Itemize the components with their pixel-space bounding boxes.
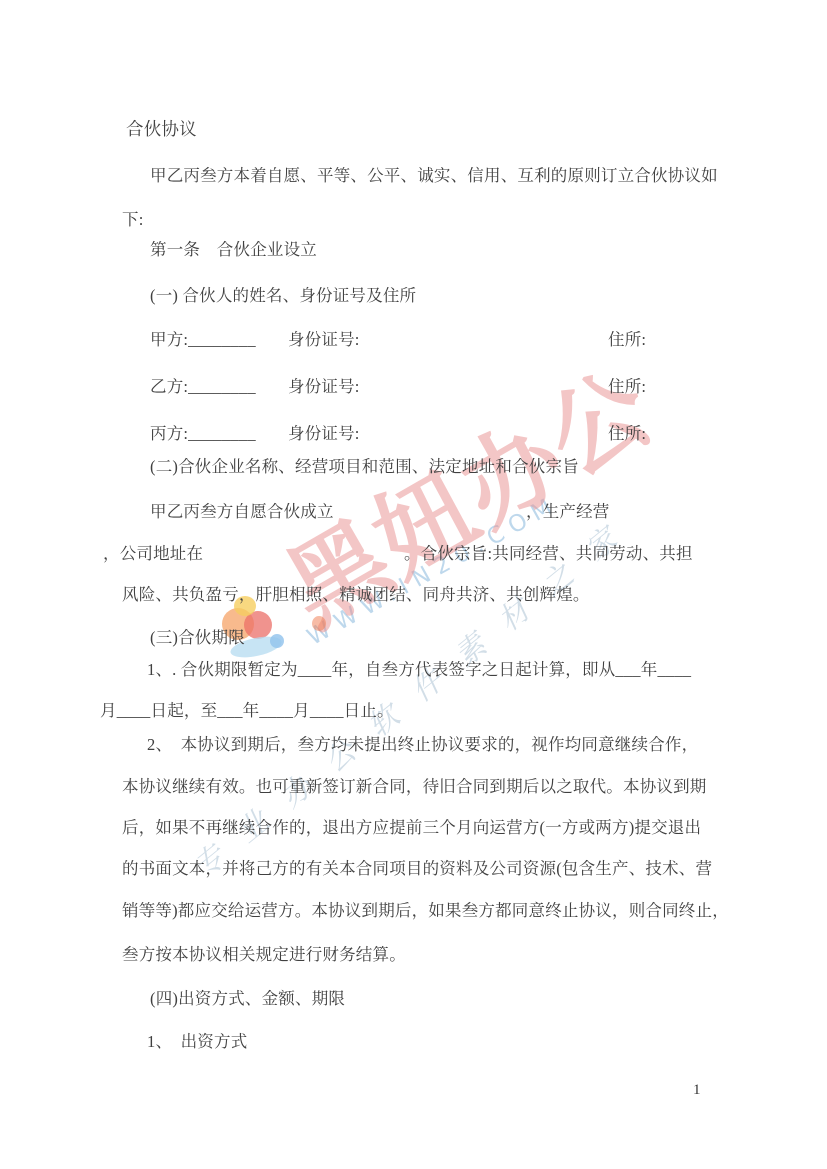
party-jia-name-blank: 甲方:________ (150, 329, 256, 351)
party-yi-address-label: 住所: (608, 376, 646, 398)
doc-line-term-2a: 2、 本协议到期后，叁方均未提出终止协议要求的，视作均同意继续合作， (147, 734, 698, 756)
doc-line-capital-1: 1、 出资方式 (147, 1031, 247, 1053)
party-yi-id-label: 身份证号: (288, 376, 360, 398)
address-text: ，公司地址在 (103, 543, 203, 565)
party-bing-name-blank: 丙方:________ (150, 423, 256, 445)
document-page: 专业办公软件素材之家 WWW.IN20.COM 黑妞办公 合伙协议 甲乙丙叁方本… (0, 0, 827, 1169)
doc-line-term-1b: 月____日起，至___年____月____日止。 (100, 700, 394, 722)
establish-text: 甲乙丙叁方自愿合伙成立 (150, 501, 334, 523)
doc-line-section-3-heading: (三)合伙期限 (150, 627, 245, 649)
doc-line-section-2-heading: (二)合伙企业名称、经营项目和范围、法定地址和合伙宗旨 (150, 456, 579, 478)
doc-line-term-2c: 后，如果不再继续合作的，退出方应提前三个月向运营方(一方或两方)提交退出 (122, 817, 701, 839)
doc-line-term-1: 1、. 合伙期限暂定为____年，自叁方代表签字之日起计算，即从___年____ (147, 659, 691, 681)
doc-line-section-4-heading: (四)出资方式、金额、期限 (150, 988, 345, 1010)
doc-line-article-1-heading: 第一条 合伙企业设立 (150, 239, 317, 261)
doc-line-preamble-1: 甲乙丙叁方本着自愿、平等、公平、诚实、信用、互利的原则订立合伙协议如 (150, 165, 718, 187)
doc-line-section-1-heading: (一) 合伙人的姓名、身份证号及住所 (150, 285, 416, 307)
doc-title: 合伙协议 (126, 118, 197, 140)
party-jia-address-label: 住所: (608, 329, 646, 351)
doc-line-term-2d: 的书面文本，并将己方的有关本合同项目的资料及公司资源(包含生产、技术、营 (122, 858, 712, 880)
doc-line-term-2f: 叁方按本协议相关规定进行财务结算。 (122, 944, 406, 966)
doc-line-purpose-2: 风险、共负盈亏，肝胆相照、精诚团结、同舟共济、共创辉煌。 (122, 584, 590, 606)
doc-line-term-2b: 本协议继续有效。也可重新签订新合同，待旧合同到期后以之取代。本协议到期 (122, 776, 707, 798)
page-number: 1 (693, 1082, 701, 1099)
doc-line-preamble-2: 下: (122, 209, 143, 231)
document-text: 合伙协议 甲乙丙叁方本着自愿、平等、公平、诚实、信用、互利的原则订立合伙协议如 … (0, 0, 827, 1169)
establish-tail-text: ，生产经营 (526, 501, 610, 523)
doc-line-term-2e: 销等等)都应交给运营方。本协议到期后，如果叁方都同意终止协议，则合同终止， (122, 900, 729, 922)
party-yi-name-blank: 乙方:________ (150, 376, 256, 398)
party-jia-id-label: 身份证号: (288, 329, 360, 351)
party-bing-id-label: 身份证号: (288, 423, 360, 445)
purpose-text: 。合伙宗旨:共同经营、共同劳动、共担 (404, 543, 693, 565)
party-bing-address-label: 住所: (608, 423, 646, 445)
